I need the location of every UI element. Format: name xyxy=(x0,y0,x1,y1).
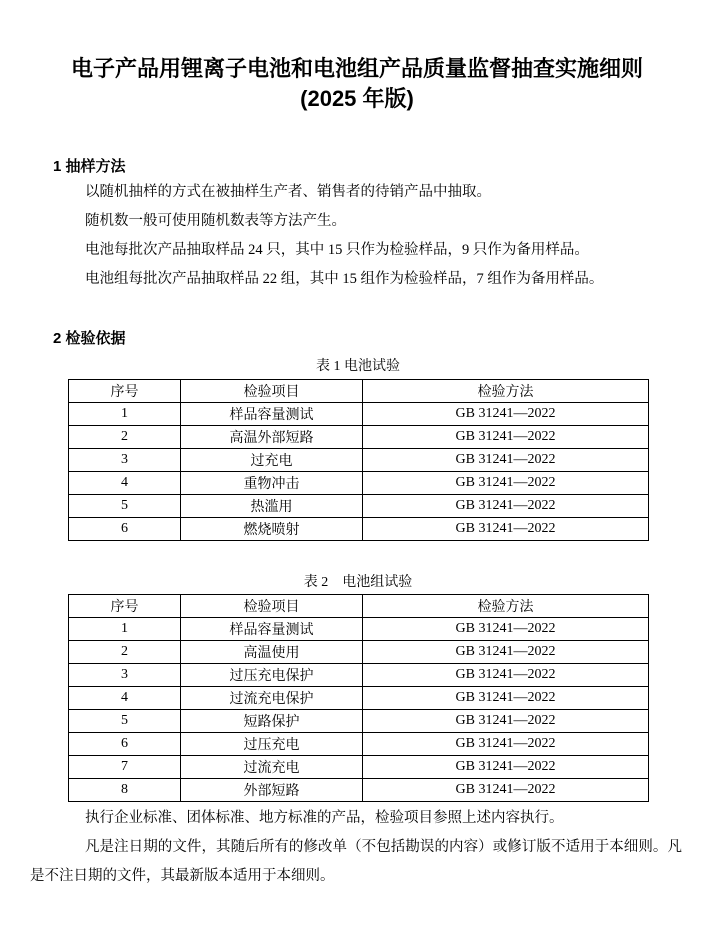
cell-item: 样品容量测试 xyxy=(181,403,363,426)
cell-item: 热滥用 xyxy=(181,495,363,518)
col-header-method: 检验方法 xyxy=(363,380,649,403)
col-header-item: 检验项目 xyxy=(181,595,363,618)
table-row: 4 过流充电保护 GB 31241—2022 xyxy=(69,687,649,710)
paragraph-sampling-1: 以随机抽样的方式在被抽样生产者、销售者的待销产品中抽取。 xyxy=(30,178,682,207)
cell-seq: 3 xyxy=(69,664,181,687)
cell-method: GB 31241—2022 xyxy=(363,756,649,779)
cell-seq: 5 xyxy=(69,495,181,518)
cell-item: 高温外部短路 xyxy=(181,426,363,449)
cell-item: 过压充电 xyxy=(181,733,363,756)
cell-item: 燃烧喷射 xyxy=(181,518,363,541)
cell-item: 过流充电 xyxy=(181,756,363,779)
document-page: 电子产品用锂离子电池和电池组产品质量监督抽查实施细则 (2025 年版) 1 抽… xyxy=(0,0,714,939)
paragraph-sampling-2: 随机数一般可使用随机数表等方法产生。 xyxy=(30,207,682,236)
section-heading-inspection-basis: 2 检验依据 xyxy=(53,330,682,348)
cell-seq: 3 xyxy=(69,449,181,472)
paragraph-sampling-4: 电池组每批次产品抽取样品 22 组，其中 15 组作为检验样品，7 组作为备用样… xyxy=(30,265,682,294)
table-row: 3 过压充电保护 GB 31241—2022 xyxy=(69,664,649,687)
cell-item: 过压充电保护 xyxy=(181,664,363,687)
table-row: 6 过压充电 GB 31241—2022 xyxy=(69,733,649,756)
cell-seq: 4 xyxy=(69,472,181,495)
cell-method: GB 31241—2022 xyxy=(363,687,649,710)
paragraph-sampling-3: 电池每批次产品抽取样品 24 只，其中 15 只作为检验样品，9 只作为备用样品… xyxy=(30,236,682,265)
cell-item: 重物冲击 xyxy=(181,472,363,495)
cell-item: 高温使用 xyxy=(181,641,363,664)
cell-method: GB 31241—2022 xyxy=(363,495,649,518)
cell-item: 样品容量测试 xyxy=(181,618,363,641)
cell-seq: 4 xyxy=(69,687,181,710)
sampling-paragraphs: 以随机抽样的方式在被抽样生产者、销售者的待销产品中抽取。 随机数一般可使用随机数… xyxy=(30,178,682,294)
col-header-seq: 序号 xyxy=(69,380,181,403)
paragraph-closing-1: 执行企业标准、团体标准、地方标准的产品，检验项目参照上述内容执行。 xyxy=(30,804,682,833)
cell-seq: 6 xyxy=(69,733,181,756)
cell-method: GB 31241—2022 xyxy=(363,664,649,687)
table-battery-pack-tests: 序号 检验项目 检验方法 1 样品容量测试 GB 31241—2022 2 高温… xyxy=(68,594,649,802)
document-title: 电子产品用锂离子电池和电池组产品质量监督抽查实施细则 (2025 年版) xyxy=(0,0,714,114)
col-header-seq: 序号 xyxy=(69,595,181,618)
cell-method: GB 31241—2022 xyxy=(363,426,649,449)
table-row: 2 高温外部短路 GB 31241—2022 xyxy=(69,426,649,449)
cell-seq: 7 xyxy=(69,756,181,779)
cell-item: 短路保护 xyxy=(181,710,363,733)
section-heading-sampling-method: 1 抽样方法 xyxy=(53,158,682,176)
table-row: 5 热滥用 GB 31241—2022 xyxy=(69,495,649,518)
cell-item: 过流充电保护 xyxy=(181,687,363,710)
table-row: 3 过充电 GB 31241—2022 xyxy=(69,449,649,472)
table2-caption: 表 2 电池组试验 xyxy=(68,573,648,593)
cell-seq: 8 xyxy=(69,779,181,802)
cell-method: GB 31241—2022 xyxy=(363,641,649,664)
table-header-row: 序号 检验项目 检验方法 xyxy=(69,380,649,403)
cell-seq: 5 xyxy=(69,710,181,733)
table-header-row: 序号 检验项目 检验方法 xyxy=(69,595,649,618)
paragraph-closing-2: 凡是注日期的文件，其随后所有的修改单（不包括勘误的内容）或修订版不适用于本细则。… xyxy=(30,833,682,891)
table-row: 5 短路保护 GB 31241—2022 xyxy=(69,710,649,733)
cell-seq: 1 xyxy=(69,618,181,641)
table-row: 2 高温使用 GB 31241—2022 xyxy=(69,641,649,664)
table-row: 6 燃烧喷射 GB 31241—2022 xyxy=(69,518,649,541)
cell-method: GB 31241—2022 xyxy=(363,710,649,733)
cell-method: GB 31241—2022 xyxy=(363,472,649,495)
cell-method: GB 31241—2022 xyxy=(363,779,649,802)
cell-seq: 2 xyxy=(69,426,181,449)
cell-method: GB 31241—2022 xyxy=(363,518,649,541)
title-line-1: 电子产品用锂离子电池和电池组产品质量监督抽查实施细则 xyxy=(0,54,714,84)
table-battery-tests: 序号 检验项目 检验方法 1 样品容量测试 GB 31241—2022 2 高温… xyxy=(68,379,649,541)
cell-item: 外部短路 xyxy=(181,779,363,802)
table1-caption: 表 1 电池试验 xyxy=(68,357,648,377)
col-header-item: 检验项目 xyxy=(181,380,363,403)
document-body: 1 抽样方法 以随机抽样的方式在被抽样生产者、销售者的待销产品中抽取。 随机数一… xyxy=(0,158,714,891)
cell-item: 过充电 xyxy=(181,449,363,472)
table-row: 8 外部短路 GB 31241—2022 xyxy=(69,779,649,802)
closing-paragraphs: 执行企业标准、团体标准、地方标准的产品，检验项目参照上述内容执行。 凡是注日期的… xyxy=(30,804,682,891)
cell-method: GB 31241—2022 xyxy=(363,733,649,756)
cell-method: GB 31241—2022 xyxy=(363,618,649,641)
cell-seq: 2 xyxy=(69,641,181,664)
cell-seq: 6 xyxy=(69,518,181,541)
table-row: 7 过流充电 GB 31241—2022 xyxy=(69,756,649,779)
table-row: 1 样品容量测试 GB 31241—2022 xyxy=(69,618,649,641)
cell-seq: 1 xyxy=(69,403,181,426)
col-header-method: 检验方法 xyxy=(363,595,649,618)
title-line-2: (2025 年版) xyxy=(0,84,714,114)
cell-method: GB 31241—2022 xyxy=(363,449,649,472)
table-row: 1 样品容量测试 GB 31241—2022 xyxy=(69,403,649,426)
cell-method: GB 31241—2022 xyxy=(363,403,649,426)
table-row: 4 重物冲击 GB 31241—2022 xyxy=(69,472,649,495)
